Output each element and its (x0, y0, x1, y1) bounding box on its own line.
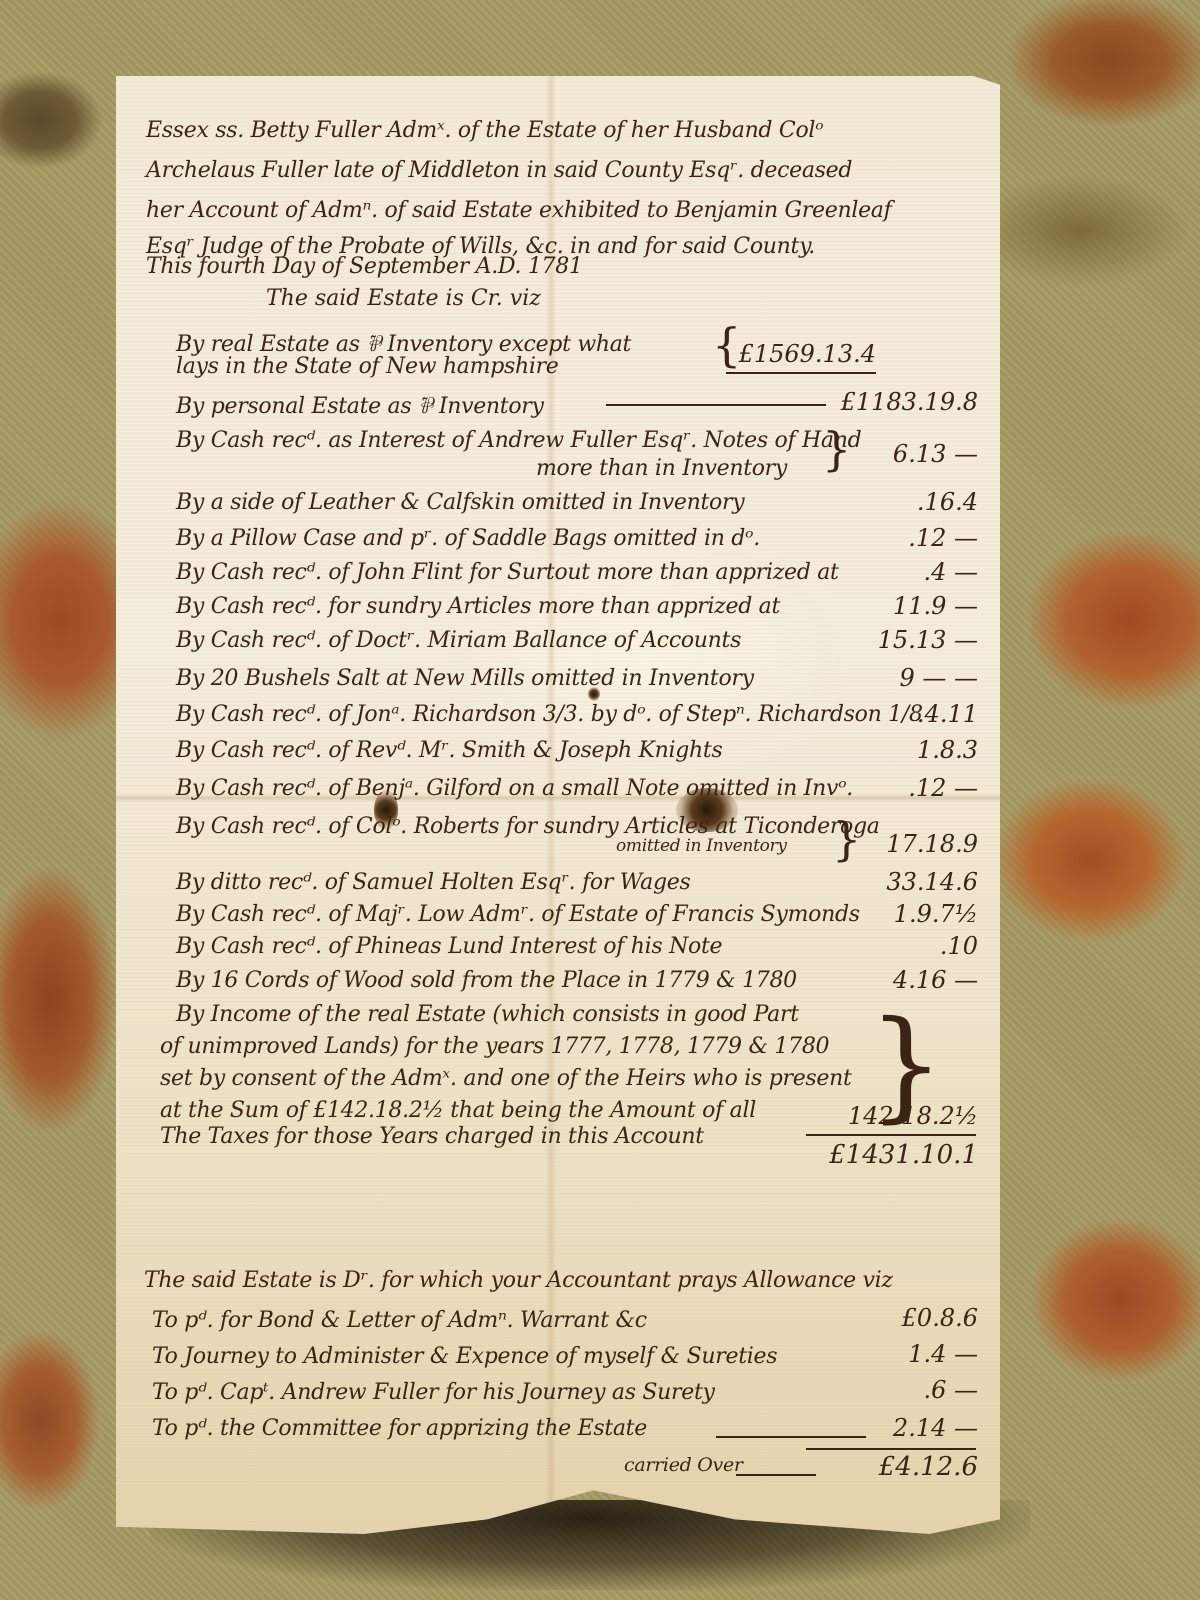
credit-entry-15-text: By Cash recᵈ. of Majʳ. Low Admʳ. of Esta… (176, 902, 860, 927)
credit-entry-11-amount: 1.8.3 (917, 736, 978, 764)
credit-entry-1-line-2: lays in the State of New hampshire (176, 354, 559, 379)
credit-entry-3-line-2: more than in Inventory (536, 456, 787, 481)
total-rule (806, 1448, 976, 1450)
credit-heading: The said Estate is Cr. viz (266, 286, 541, 311)
manuscript-page: Essex ss. Betty Fuller Admˣ. of the Esta… (116, 76, 1000, 1534)
credit-entry-8-amount: 15.13 — (878, 626, 978, 654)
leader-line (736, 1474, 816, 1476)
leader-line (716, 1436, 866, 1438)
debit-entry-2-amount: 1.4 — (908, 1340, 978, 1368)
credit-entry-11-text: By Cash recᵈ. of Revᵈ. Mʳ. Smith & Josep… (176, 738, 722, 763)
credit-entry-2-amount: £1183.19.8 (841, 388, 978, 416)
credit-entry-9-text: By 20 Bushels Salt at New Mills omitted … (176, 666, 754, 691)
credit-entry-4-amount: .16.4 (917, 488, 978, 516)
header-line-5: This fourth Day of September A.D. 1781 (146, 254, 583, 279)
credit-entry-18-line-4: at the Sum of £142.18.2½ that being the … (160, 1098, 756, 1123)
debit-entry-4-amount: 2.14 — (893, 1414, 978, 1442)
debit-entry-3-text: To pᵈ. Capᵗ. Andrew Fuller for his Journ… (152, 1380, 715, 1405)
credit-entry-6-text: By Cash recᵈ. of John Flint for Surtout … (176, 560, 839, 585)
credit-entry-17-amount: 4.16 — (893, 966, 978, 994)
credit-entry-10-text: By Cash recᵈ. of Jonᵃ. Richardson 3/3. b… (176, 702, 923, 727)
credit-entry-12-amount: .12 — (908, 774, 978, 802)
credit-entry-6-amount: .4 — (923, 558, 978, 586)
debit-entry-2-text: To Journey to Administer & Expence of my… (152, 1344, 777, 1369)
credit-entry-14-text: By ditto recᵈ. of Samuel Holten Esqʳ. fo… (176, 870, 690, 895)
carried-over-label: carried Over (624, 1454, 743, 1476)
debit-heading: The said Estate is Dʳ. for which your Ac… (144, 1268, 893, 1293)
credit-entry-10-amount: .4.11 (917, 700, 978, 728)
header-line-3: her Account of Admⁿ. of said Estate exhi… (146, 198, 891, 223)
header-line-1: Essex ss. Betty Fuller Admˣ. of the Esta… (146, 118, 823, 143)
credit-entry-7-text: By Cash recᵈ. for sundry Articles more t… (176, 594, 780, 619)
credit-entry-16-amount: .10 (940, 932, 978, 960)
credit-entry-16-text: By Cash recᵈ. of Phineas Lund Interest o… (176, 934, 722, 959)
header-line-2: Archelaus Fuller late of Middleton in sa… (146, 158, 852, 183)
credit-entry-14-amount: 33.14.6 (886, 868, 978, 896)
credit-entry-18-line-5: The Taxes for those Years charged in thi… (160, 1124, 704, 1149)
brace: } (822, 426, 851, 472)
credit-entry-8-text: By Cash recᵈ. of Doctʳ. Miriam Ballance … (176, 628, 741, 653)
credit-entry-18-line-3: set by consent of the Admˣ. and one of t… (160, 1066, 852, 1091)
underline (726, 372, 876, 374)
credit-entry-2-text: By personal Estate as ⅌ Inventory (176, 390, 544, 420)
credit-entry-18-amount: 142.18.2½ (848, 1102, 978, 1130)
debit-entry-4-text: To pᵈ. the Committee for apprizing the E… (152, 1416, 647, 1441)
credit-entry-5-amount: .12 — (908, 524, 978, 552)
credit-entry-13-line-2: omitted in Inventory (616, 836, 787, 856)
credit-entry-18-line-2: of unimproved Lands) for the years 1777,… (160, 1034, 829, 1059)
credit-entry-9-amount: 9 — — (899, 664, 978, 692)
credit-entry-7-amount: 11.9 — (893, 592, 978, 620)
credit-entry-15-amount: 1.9.7½ (894, 900, 978, 928)
credit-entry-4-text: By a side of Leather & Calfskin omitted … (176, 490, 744, 515)
credit-entry-3-amount: 6.13 — (893, 440, 978, 468)
credit-total: £1431.10.1 (829, 1140, 978, 1170)
credit-entry-3-line-1: By Cash recᵈ. as Interest of Andrew Full… (176, 428, 861, 453)
brace: } (832, 816, 861, 862)
debit-entry-3-amount: .6 — (923, 1376, 978, 1404)
credit-entry-1-amount: £1569.13.4 (739, 340, 876, 368)
credit-entry-18-line-1: By Income of the real Estate (which cons… (176, 1002, 799, 1027)
credit-entry-13-amount: 17.18.9 (886, 830, 978, 858)
debit-entry-1-amount: £0.8.6 (902, 1304, 978, 1332)
credit-entry-12-text: By Cash recᵈ. of Benjᵃ. Gilford on a sma… (176, 776, 853, 801)
credit-entry-17-text: By 16 Cords of Wood sold from the Place … (176, 968, 797, 993)
debit-entry-1-text: To pᵈ. for Bond & Letter of Admⁿ. Warran… (152, 1308, 647, 1333)
brace: { (712, 322, 741, 368)
carried-over-amount: £4.12.6 (879, 1452, 978, 1482)
total-rule (806, 1134, 976, 1136)
credit-entry-5-text: By a Pillow Case and pʳ. of Saddle Bags … (176, 526, 760, 551)
leader-line (606, 404, 826, 406)
